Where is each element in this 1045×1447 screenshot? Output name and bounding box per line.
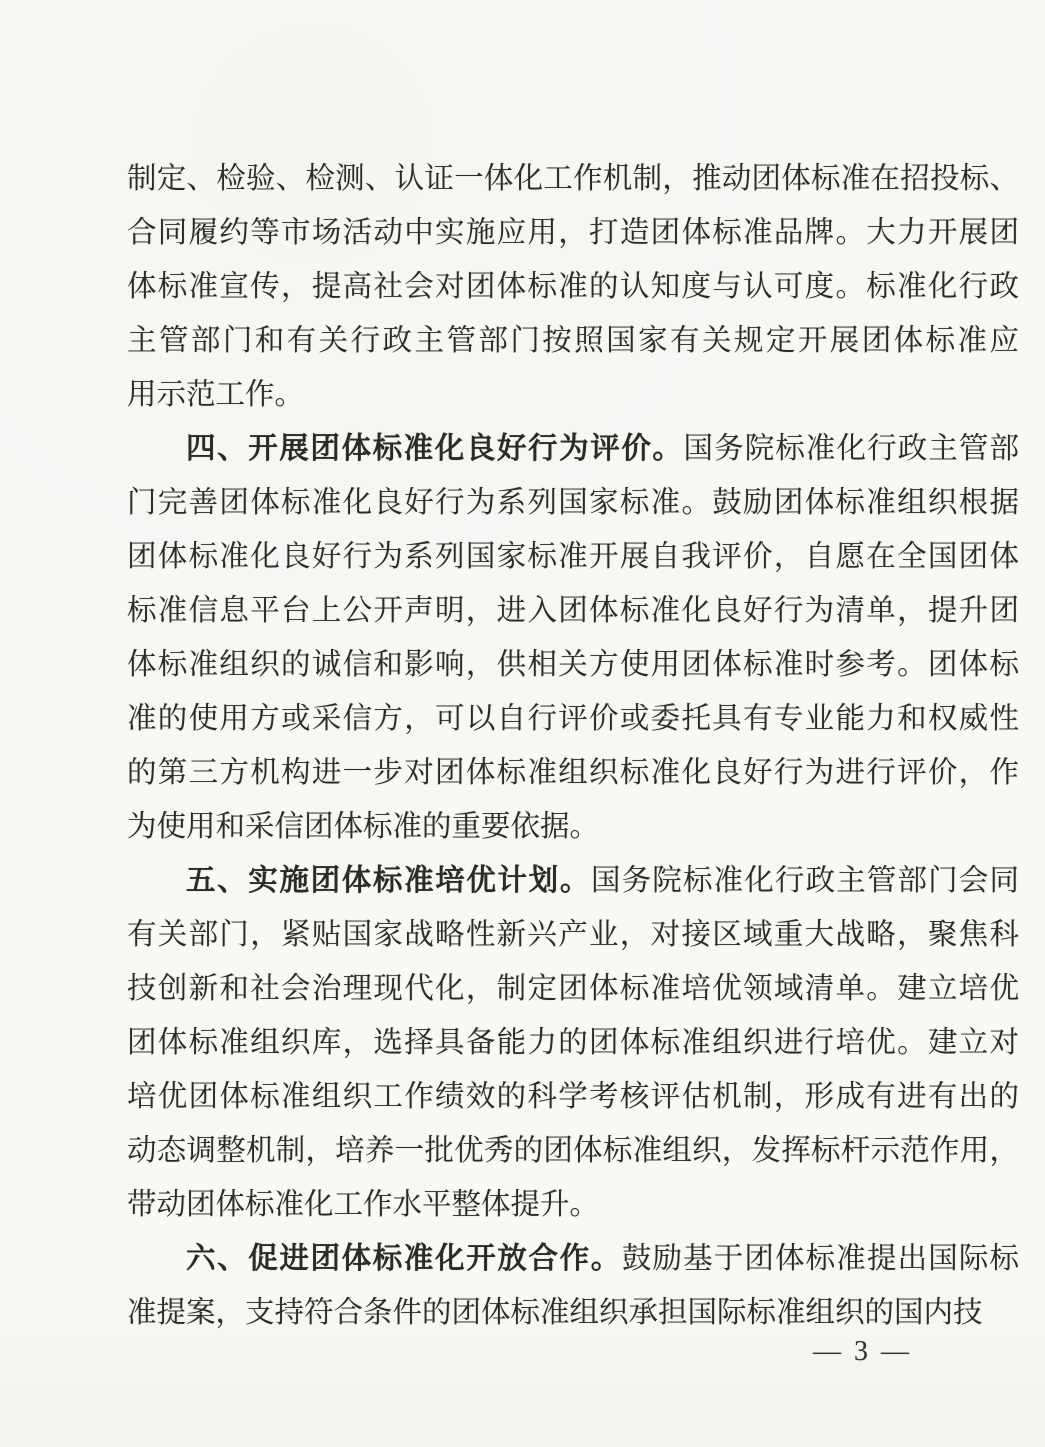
document-body: 制定、检验、检测、认证一体化工作机制，推动团体标准在招投标、合同履约等市场活动中… bbox=[127, 152, 1019, 1340]
text-line: 门完善团体标准化良好行为系列国家标准。鼓励团体标准组织根据 bbox=[127, 476, 1019, 530]
text-line: 体标准宣传，提高社会对团体标准的认知度与认可度。标准化行政 bbox=[127, 260, 1019, 314]
text-line: 四、开展团体标准化良好行为评价。国务院标准化行政主管部 bbox=[127, 422, 1019, 476]
text-line: 培优团体标准组织工作绩效的科学考核评估机制，形成有进有出的 bbox=[127, 1070, 1019, 1124]
text-line: 带动团体标准化工作水平整体提升。 bbox=[127, 1178, 1019, 1232]
document-page: 制定、检验、检测、认证一体化工作机制，推动团体标准在招投标、合同履约等市场活动中… bbox=[0, 0, 1045, 1447]
page-number: — 3 — bbox=[813, 1336, 912, 1368]
text-line: 用示范工作。 bbox=[127, 368, 1019, 422]
text-line: 动态调整机制，培养一批优秀的团体标准组织，发挥标杆示范作用， bbox=[127, 1124, 1019, 1178]
text-line: 标准信息平台上公开声明，进入团体标准化良好行为清单，提升团 bbox=[127, 584, 1019, 638]
text-line: 五、实施团体标准培优计划。国务院标准化行政主管部门会同 bbox=[127, 854, 1019, 908]
text-line: 主管部门和有关行政主管部门按照国家有关规定开展团体标准应 bbox=[127, 314, 1019, 368]
text-line: 团体标准组织库，选择具备能力的团体标准组织进行培优。建立对 bbox=[127, 1016, 1019, 1070]
text-line: 六、促进团体标准化开放合作。鼓励基于团体标准提出国际标 bbox=[127, 1232, 1019, 1286]
section-heading: 六、促进团体标准化开放合作。 bbox=[186, 1243, 622, 1275]
text-line: 的第三方机构进一步对团体标准组织标准化良好行为进行评价，作 bbox=[127, 746, 1019, 800]
text-line: 制定、检验、检测、认证一体化工作机制，推动团体标准在招投标、 bbox=[127, 152, 1019, 206]
text-line: 准的使用方或采信方，可以自行评价或委托具有专业能力和权威性 bbox=[127, 692, 1019, 746]
text-line: 为使用和采信团体标准的重要依据。 bbox=[127, 800, 1019, 854]
text-line: 团体标准化良好行为系列国家标准开展自我评价，自愿在全国团体 bbox=[127, 530, 1019, 584]
text-line: 合同履约等市场活动中实施应用，打造团体标准品牌。大力开展团 bbox=[127, 206, 1019, 260]
section-heading: 五、实施团体标准培优计划。 bbox=[186, 865, 591, 897]
text-line: 技创新和社会治理现代化，制定团体标准培优领域清单。建立培优 bbox=[127, 962, 1019, 1016]
section-heading: 四、开展团体标准化良好行为评价。 bbox=[186, 433, 684, 465]
text-line: 有关部门，紧贴国家战略性新兴产业，对接区域重大战略，聚焦科 bbox=[127, 908, 1019, 962]
text-line: 体标准组织的诚信和影响，供相关方使用团体标准时参考。团体标 bbox=[127, 638, 1019, 692]
text-line: 准提案，支持符合条件的团体标准组织承担国际标准组织的国内技 bbox=[127, 1286, 1019, 1340]
